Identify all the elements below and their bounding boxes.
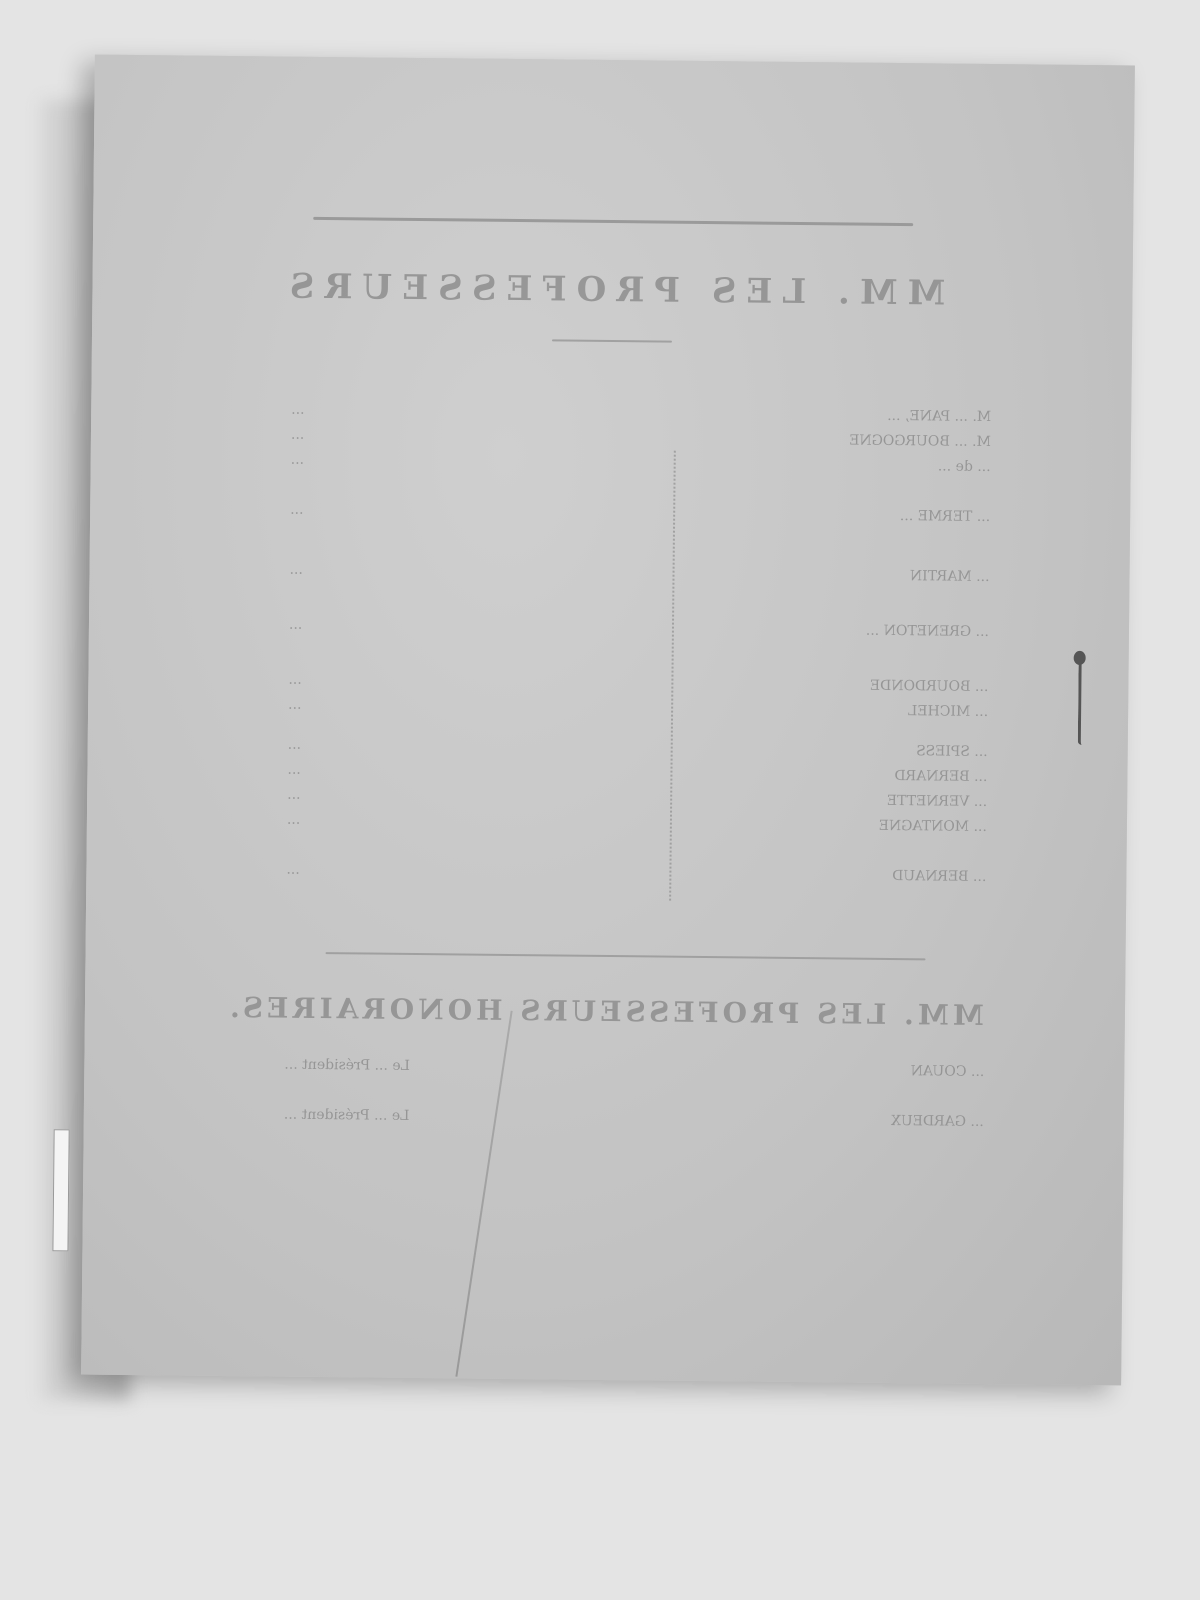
row-name: ... SPIESS <box>688 741 988 760</box>
binding-tab <box>52 1129 69 1251</box>
row-desc: ... <box>291 402 571 421</box>
row-name: M. ... PANE, ... <box>691 406 991 425</box>
row-desc: ... <box>288 672 568 691</box>
row-name: ... BERNARD <box>687 766 987 785</box>
row-desc: ... <box>288 697 568 716</box>
row-name: ... BOURDONDE <box>688 676 988 695</box>
row-name: ... MICHEL <box>688 701 988 720</box>
row-name: ... GRENETON ... <box>689 621 989 640</box>
row-name: M. ... BOURGOGNE <box>691 431 991 450</box>
row-name: ... VERNETTE <box>687 791 987 810</box>
row-desc: ... <box>289 617 569 636</box>
row-desc: ... <box>291 452 571 471</box>
honorary-name: ... COUAN <box>684 1061 984 1080</box>
row-desc: ... <box>289 562 569 581</box>
row-desc: ... <box>290 502 570 521</box>
honorary-name: ... GARDEUX <box>684 1111 984 1130</box>
row-name: ... TERME ... <box>690 506 990 525</box>
row-desc: ... <box>291 427 571 446</box>
row-desc: ... <box>287 787 567 806</box>
row-desc: ... <box>287 762 567 781</box>
staple-pin <box>1078 655 1092 745</box>
row-name: ... MARTIN <box>689 566 989 585</box>
row-name: ... MONTAGNE <box>687 816 987 835</box>
document-sheet: MM. LES PROFESSEURS M. ... PANE, ...... … <box>81 55 1135 1386</box>
row-desc: ... <box>287 812 567 831</box>
brace-column <box>663 451 676 901</box>
row-name: ... de ... <box>691 456 991 475</box>
honorary-desc: Le ... Président ... <box>284 1107 564 1126</box>
heading-professeurs-honoraires: MM. LES PROFESSEURS HONORAIRES. <box>85 990 1125 1034</box>
honorary-desc: Le ... Président ... <box>284 1057 564 1076</box>
heading-professeurs: MM. LES PROFESSEURS <box>92 265 1132 316</box>
show-through-text: MM. LES PROFESSEURS M. ... PANE, ...... … <box>81 55 1135 1386</box>
ornament-small <box>552 339 672 342</box>
row-name: ... BERNAUD <box>686 866 986 885</box>
ornamental-rule-middle <box>326 952 926 960</box>
row-desc: ... <box>286 862 566 881</box>
row-desc: ... <box>288 737 568 756</box>
